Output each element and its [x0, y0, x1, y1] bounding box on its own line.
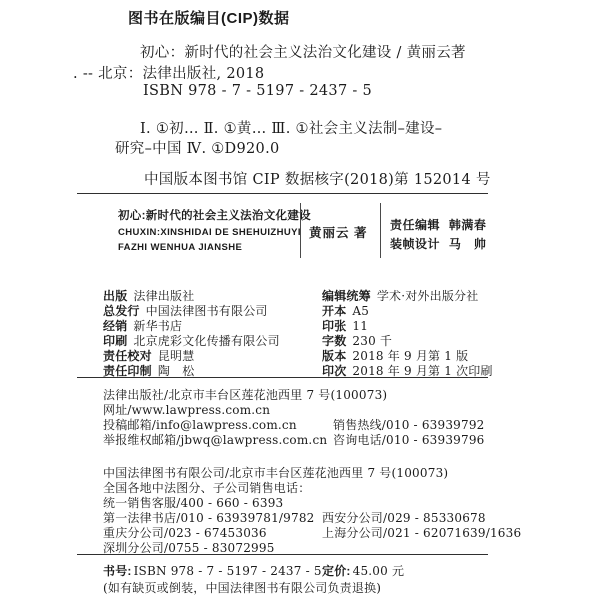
staff-designer-value: 马 帅 [449, 237, 487, 251]
book-title-pinyin-2: FAZHI WENHUA JIANSHE [118, 242, 242, 253]
pub-label-printer: 印刷 [103, 334, 127, 348]
footer-isbn-row: 书号:ISBN 978 - 7 - 5197 - 2437 - 5 [103, 562, 322, 579]
cip-classification-line-2: 研究–中国 Ⅳ. ①D920.0 [115, 137, 280, 158]
footer-price-row: 定价:45.00 元 [322, 562, 404, 579]
footer-return-note: (如有缺页或倒装，中国法律图书有限公司负责退换) [103, 579, 381, 596]
pub-label-seller: 经销 [103, 319, 127, 333]
pub-value-wordcount: 230 千 [352, 334, 392, 348]
cip-header-title: 图书在版编目(CIP)数据 [128, 7, 290, 28]
book-title-cn: 初心:新时代的社会主义法治文化建设 [118, 207, 311, 223]
pub-label-proofreader: 责任校对 [103, 349, 152, 363]
pub-label-distributor: 总发行 [103, 304, 140, 318]
footer-price-label: 定价: [322, 564, 351, 578]
pub-label-impression: 印次 [322, 364, 346, 378]
divider-rule-top [77, 193, 488, 194]
pub-value-edition: 2018 年 9 月第 1 版 [352, 349, 468, 363]
cip-record-number: 中国版本图书馆 CIP 数据核字(2018)第 152014 号 [144, 168, 491, 189]
pub-label-publisher: 出版 [103, 289, 127, 303]
table-divider-1 [300, 203, 301, 258]
staff-editor-label: 责任编辑 [390, 218, 440, 232]
pub-label-edition: 版本 [322, 349, 346, 363]
book-title-pinyin-1: CHUXIN:XINSHIDAI DE SHEHUIZHUYI [118, 227, 301, 238]
pub-value-publisher: 法律出版社 [133, 289, 194, 303]
staff-designer-row: 装帧设计 马 帅 [390, 235, 486, 252]
pub-label-format: 开本 [322, 304, 346, 318]
shanghai-branch-phone: 上海分公司/021 - 62071639/1636 [322, 524, 521, 541]
pub-value-seller: 新华书店 [133, 319, 182, 333]
pub-value-distributor: 中国法律图书有限公司 [146, 304, 268, 318]
staff-editor-row: 责任编辑 韩满春 [390, 216, 486, 233]
cip-isbn-line: ISBN 978 - 7 - 5197 - 2437 - 5 [143, 83, 372, 99]
footer-isbn-value: ISBN 978 - 7 - 5197 - 2437 - 5 [134, 564, 322, 578]
pub-value-format: A5 [352, 304, 369, 318]
pub-label-sheets: 印张 [322, 319, 346, 333]
author-name: 黄丽云 著 [309, 223, 367, 241]
pub-label-coordinator: 编辑统筹 [322, 289, 371, 303]
pub-value-print-supervisor: 陶 松 [158, 364, 195, 378]
pub-value-impression: 2018 年 9 月第 1 次印刷 [352, 364, 492, 378]
pub-label-wordcount: 字数 [322, 334, 346, 348]
table-divider-2 [380, 203, 381, 258]
footer-isbn-label: 书号: [103, 564, 132, 578]
cip-book-title-line: 初心：新时代的社会主义法治文化建设 / 黄丽云著 [140, 41, 466, 62]
pub-value-proofreader: 昆明慧 [158, 349, 195, 363]
pub-value-printer: 北京虎彩文化传播有限公司 [133, 334, 279, 348]
divider-rule-bottom [77, 554, 488, 555]
staff-designer-label: 装帧设计 [390, 237, 440, 251]
pub-label-print-supervisor: 责任印制 [103, 364, 152, 378]
report-email: 举报维权邮箱/jbwq@lawpress.com.cn [103, 431, 327, 448]
consult-phone: 咨询电话/010 - 63939796 [333, 431, 485, 448]
page: { "page": { "cip_header": "图书在版编目(CIP)数据… [0, 0, 600, 600]
footer-price-value: 45.00 元 [353, 564, 405, 578]
staff-editor-value: 韩满春 [449, 218, 487, 232]
cip-classification-line-1: Ⅰ. ①初… Ⅱ. ①黄… Ⅲ. ①社会主义法制–建设– [140, 117, 442, 138]
pub-value-sheets: 11 [352, 319, 368, 333]
divider-rule-middle [77, 377, 488, 378]
cip-publisher-line: . -- 北京：法律出版社, 2018 [73, 62, 264, 83]
pub-value-coordinator: 学术·对外出版分社 [377, 289, 479, 303]
